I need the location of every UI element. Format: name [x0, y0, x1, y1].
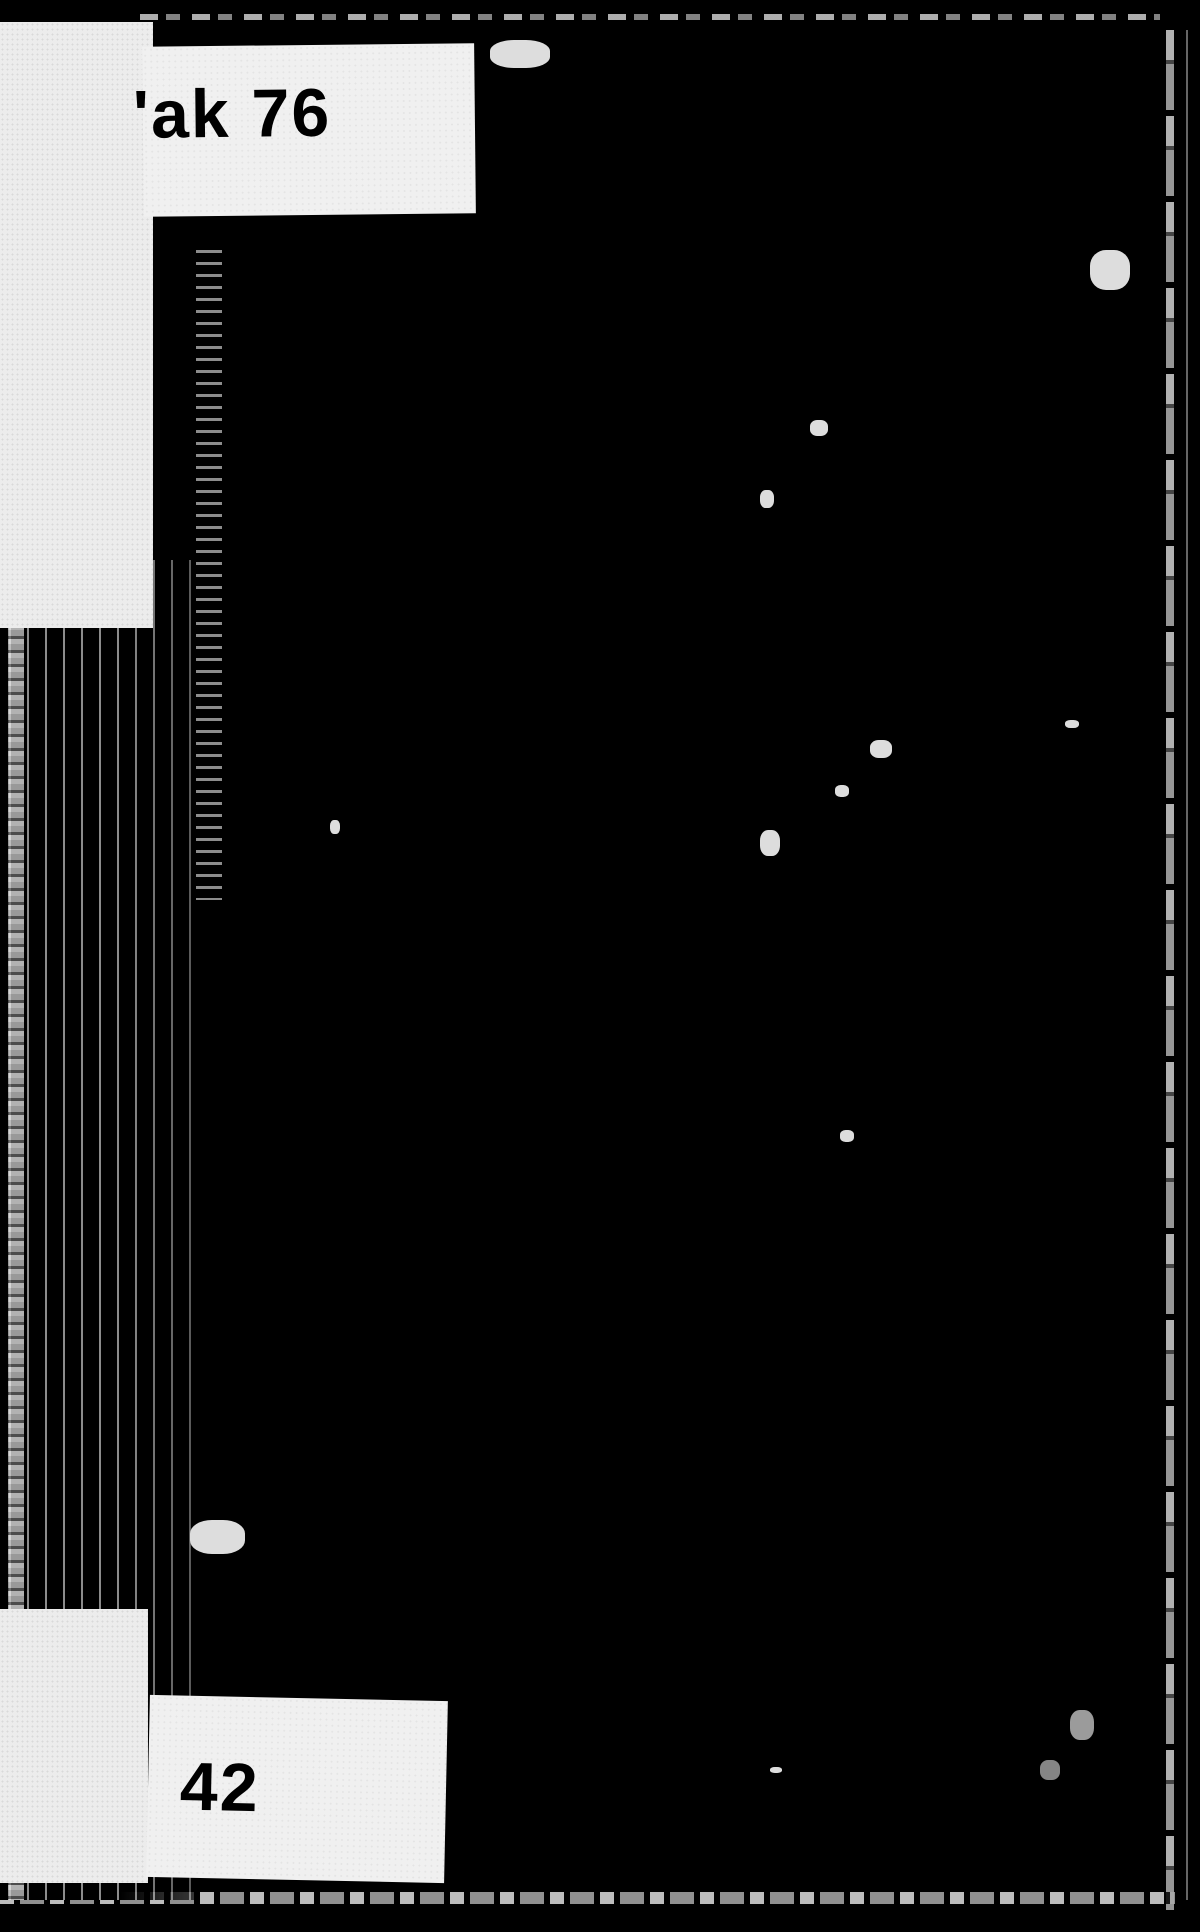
wear-mark — [760, 490, 774, 508]
top-shelf-label: 'ak 76 — [142, 43, 476, 216]
wear-mark — [1040, 1760, 1060, 1780]
wear-mark — [810, 420, 828, 436]
wear-mark — [840, 1130, 854, 1142]
wear-mark — [835, 785, 849, 797]
wear-mark — [770, 1767, 782, 1773]
wear-mark — [190, 1520, 245, 1554]
wear-mark — [870, 740, 892, 758]
bottom-shelf-label: 42 — [146, 1695, 448, 1883]
wear-mark — [760, 830, 780, 856]
wear-mark — [1065, 720, 1079, 728]
spine-stitch-column — [196, 250, 222, 900]
bottom-label-text: 42 — [179, 1748, 260, 1828]
cover-right-edge-line — [1186, 30, 1188, 1900]
cover-right-edge — [1166, 30, 1174, 1910]
wear-mark — [330, 820, 340, 834]
top-tape-strip — [0, 22, 153, 628]
wear-mark — [490, 40, 550, 68]
wear-mark — [1070, 1710, 1094, 1740]
top-label-text: 'ak 76 — [132, 74, 331, 154]
bottom-tape-strip — [0, 1609, 148, 1883]
wear-mark — [1090, 250, 1130, 290]
book-cover: 'ak 76 42 — [0, 0, 1200, 1932]
cover-top-edge — [140, 14, 1160, 20]
